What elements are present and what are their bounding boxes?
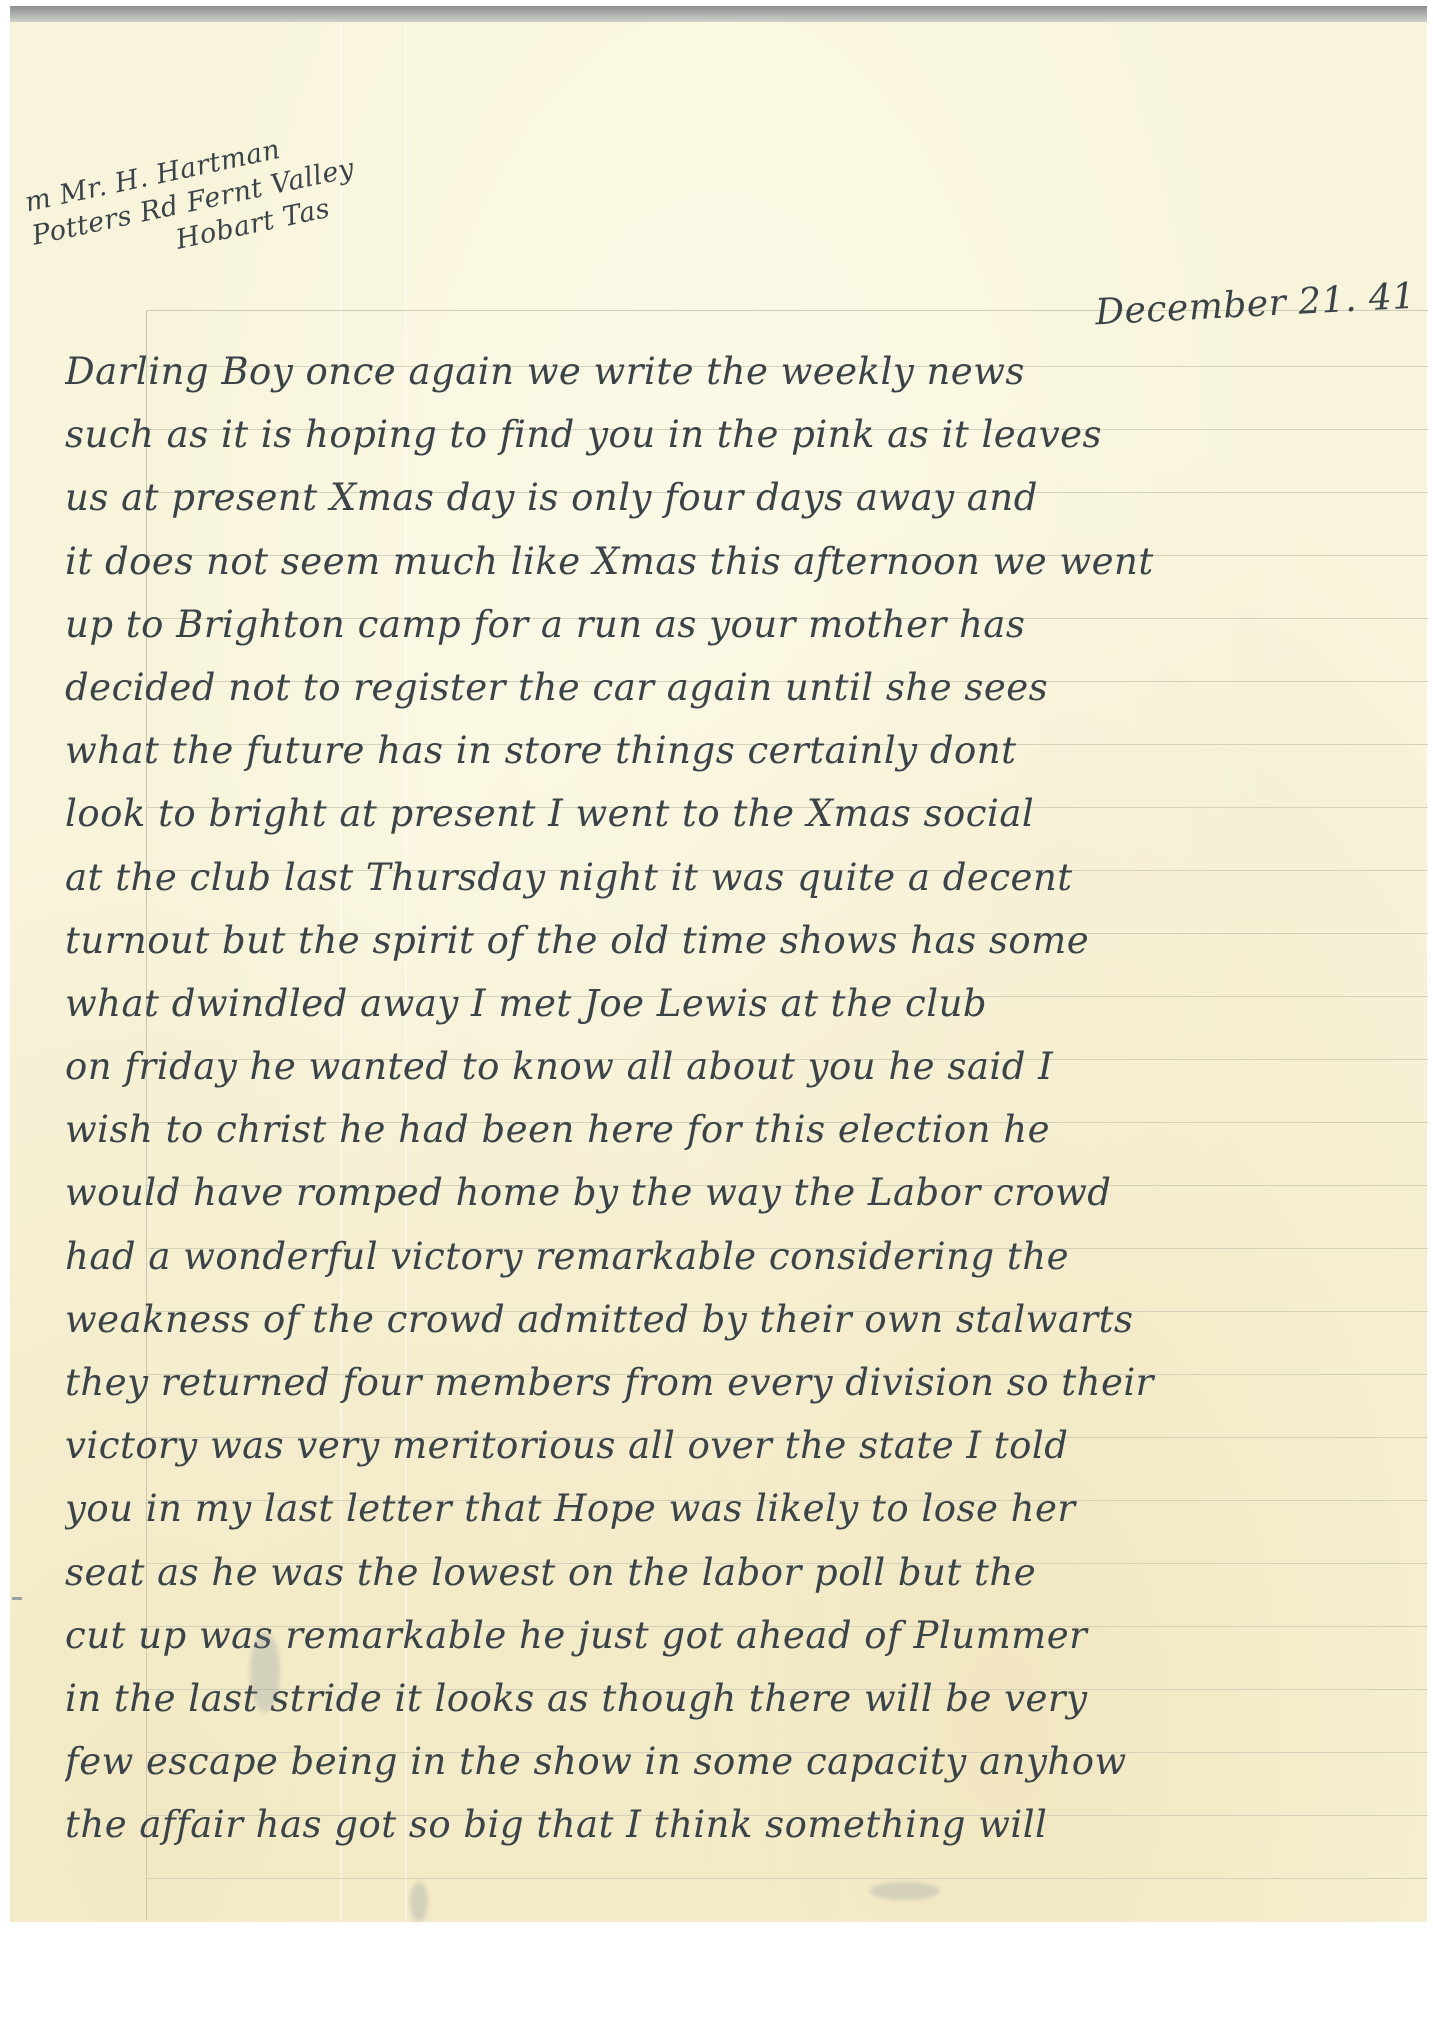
margin-mark: [12, 1597, 22, 1600]
body-line: victory was very meritorious all over th…: [65, 1414, 1433, 1477]
ink-smudge: [250, 1632, 280, 1712]
body-line: seat as he was the lowest on the labor p…: [65, 1541, 1433, 1604]
body-line: you in my last letter that Hope was like…: [65, 1477, 1433, 1540]
body-line: they returned four members from every di…: [65, 1351, 1433, 1414]
ruled-line: [147, 1878, 1428, 1879]
body-line: Darling Boy once again we write the week…: [65, 340, 1433, 403]
body-line: wish to christ he had been here for this…: [65, 1098, 1433, 1161]
body-line: look to bright at present I went to the …: [65, 782, 1433, 845]
body-line: us at present Xmas day is only four days…: [65, 466, 1433, 529]
body-line: what dwindled away I met Joe Lewis at th…: [65, 972, 1433, 1035]
body-line: weakness of the crowd admitted by their …: [65, 1288, 1433, 1351]
body-line: the affair has got so big that I think s…: [65, 1793, 1433, 1856]
body-line: up to Brighton camp for a run as your mo…: [65, 593, 1433, 656]
body-line: had a wonderful victory remarkable consi…: [65, 1225, 1433, 1288]
body-line: on friday he wanted to know all about yo…: [65, 1035, 1433, 1098]
body-line: such as it is hoping to find you in the …: [65, 403, 1433, 466]
body-line: would have romped home by the way the La…: [65, 1161, 1433, 1224]
body-line: turnout but the spirit of the old time s…: [65, 909, 1433, 972]
ink-smudge: [410, 1882, 428, 1922]
body-line: it does not seem much like Xmas this aft…: [65, 530, 1433, 593]
body-line: few escape being in the show in some cap…: [65, 1730, 1433, 1793]
ink-smudge: [870, 1882, 940, 1900]
letter-body: Darling Boy once again we write the week…: [65, 340, 1433, 1857]
body-line: decided not to register the car again un…: [65, 656, 1433, 719]
body-line: what the future has in store things cert…: [65, 719, 1433, 782]
sender-address: m Mr. H. Hartman Potters Rd Fernt Valley…: [22, 119, 365, 287]
letter-page: m Mr. H. Hartman Potters Rd Fernt Valley…: [10, 22, 1427, 1922]
body-line: at the club last Thursday night it was q…: [65, 846, 1433, 909]
